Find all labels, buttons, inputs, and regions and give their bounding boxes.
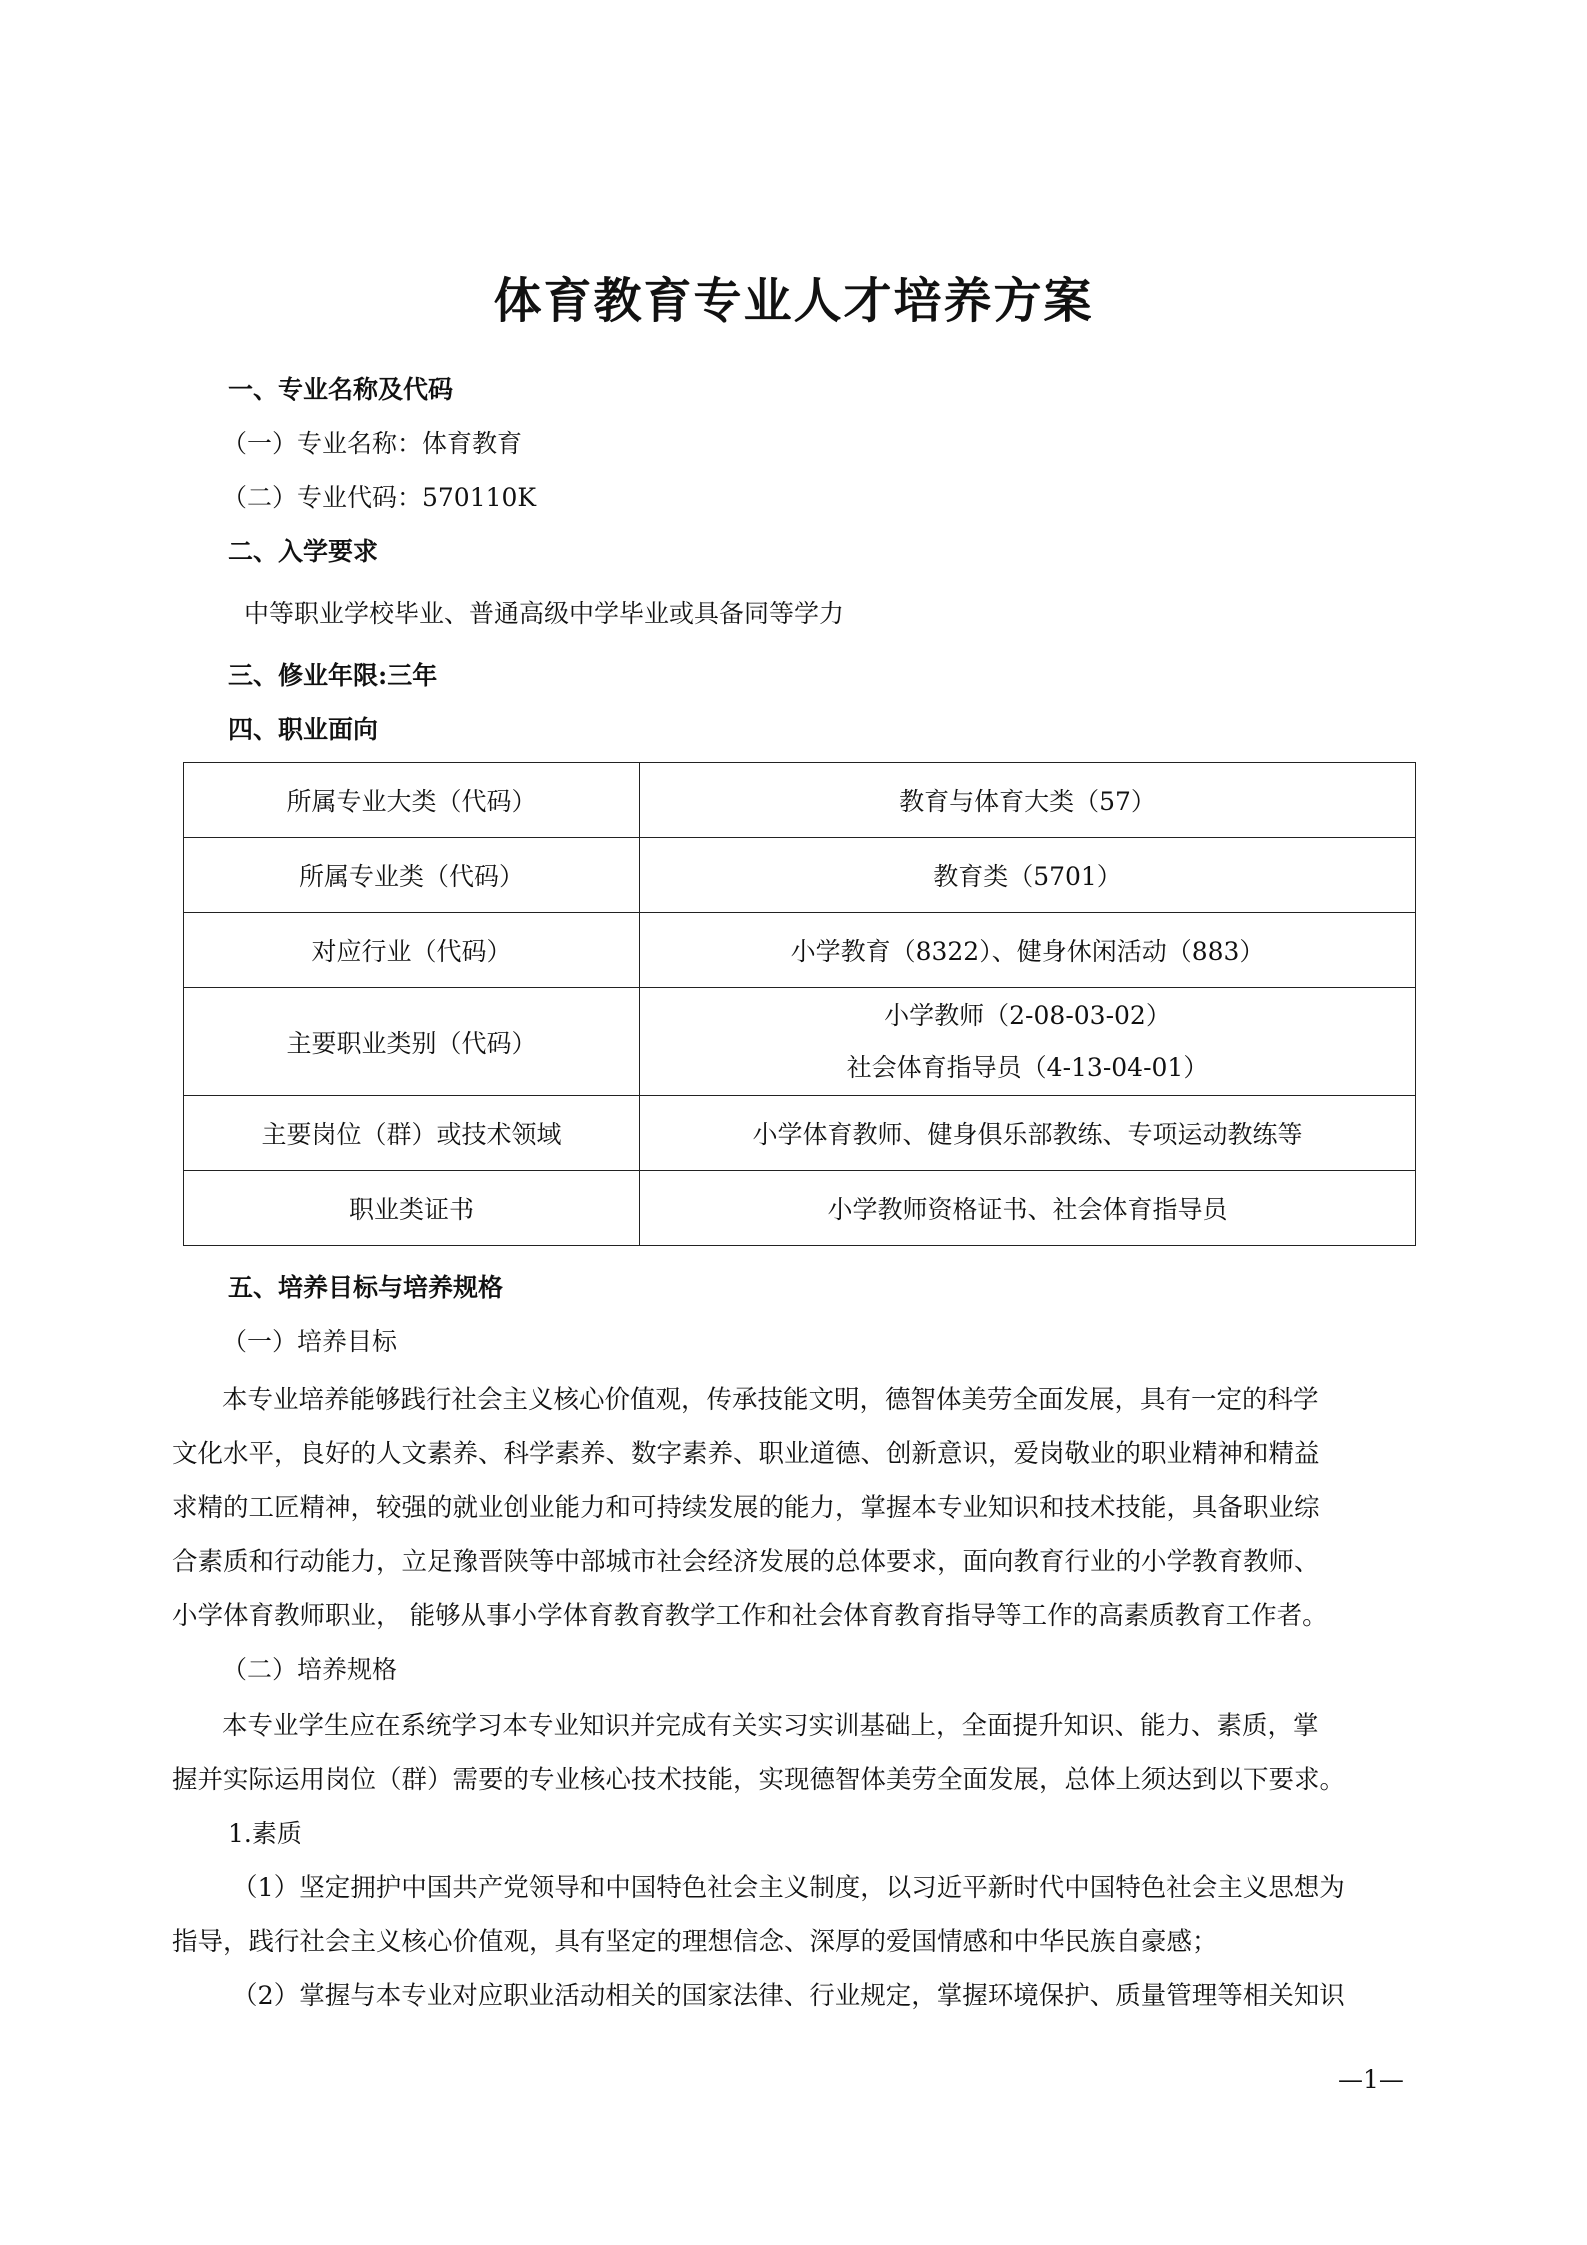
major-code-line: （二）专业代码：570110K [222,478,536,514]
table-row: 主要职业类别（代码） 小学教师（2-08-03-02） 社会体育指导员（4-13… [184,988,1416,1096]
occupation-line: 小学教师（2-08-03-02） [640,990,1415,1042]
paragraph-line: 小学体育教师职业， 能够从事小学体育教育教学工作和社会体育教育指导等工作的高素质… [172,1596,1328,1632]
quality-heading: 1.素质 [228,1814,302,1850]
paragraph-line: 指导，践行社会主义核心价值观，具有坚定的理想信念、深厚的爱国情感和中华民族自豪感… [172,1922,1218,1958]
table-row: 所属专业类（代码） 教育类（5701） [184,838,1416,913]
document-title: 体育教育专业人才培养方案 [0,262,1587,331]
paragraph-line: 求精的工匠精神，较强的就业创业能力和可持续发展的能力，掌握本专业知识和技术技能，… [172,1488,1320,1524]
major-name-line: （一）专业名称：体育教育 [222,424,522,460]
table-row: 对应行业（代码） 小学教育（8322）、健身休闲活动（883） [184,913,1416,988]
table-value-cell: 小学体育教师、健身俱乐部教练、专项运动教练等 [640,1096,1416,1171]
table-row: 所属专业大类（代码） 教育与体育大类（57） [184,763,1416,838]
career-orientation-table: 所属专业大类（代码） 教育与体育大类（57） 所属专业类（代码） 教育类（570… [183,762,1416,1246]
table-value-cell: 小学教师资格证书、社会体育指导员 [640,1171,1416,1246]
section-3-heading: 三、修业年限:三年 [228,656,437,692]
section-2-heading: 二、入学要求 [228,532,378,568]
admission-requirement: 中等职业学校毕业、普通高级中学毕业或具备同等学力 [244,594,844,630]
specification-heading: （二）培养规格 [222,1650,397,1686]
paragraph-line: 本专业学生应在系统学习本专业知识并完成有关实习实训基础上，全面提升知识、能力、素… [222,1706,1319,1742]
section-5-heading: 五、培养目标与培养规格 [228,1268,503,1304]
section-1-heading: 一、专业名称及代码 [228,370,453,406]
table-label-cell: 主要岗位（群）或技术领域 [184,1096,640,1171]
table-label-cell: 职业类证书 [184,1171,640,1246]
table-value-cell: 教育类（5701） [640,838,1416,913]
table-row: 职业类证书 小学教师资格证书、社会体育指导员 [184,1171,1416,1246]
table-label-cell: 主要职业类别（代码） [184,988,640,1096]
table-label-cell: 对应行业（代码） [184,913,640,988]
table-label-cell: 所属专业类（代码） [184,838,640,913]
paragraph-line: 文化水平，良好的人文素养、科学素养、数字素养、职业道德、创新意识，爱岗敬业的职业… [172,1434,1320,1470]
table-value-cell: 小学教育（8322）、健身休闲活动（883） [640,913,1416,988]
paragraph-line: （2）掌握与本专业对应职业活动相关的国家法律、行业规定，掌握环境保护、质量管理等… [232,1976,1345,2012]
table-value-cell: 教育与体育大类（57） [640,763,1416,838]
objective-heading: （一）培养目标 [222,1322,397,1358]
table-label-cell: 所属专业大类（代码） [184,763,640,838]
paragraph-line: 本专业培养能够践行社会主义核心价值观，传承技能文明，德智体美劳全面发展，具有一定… [222,1380,1319,1416]
section-4-heading: 四、职业面向 [228,710,378,746]
page-number: —1— [1338,2065,1404,2094]
paragraph-line: 握并实际运用岗位（群）需要的专业核心技术技能，实现德智体美劳全面发展，总体上须达… [172,1760,1345,1796]
table-value-cell: 小学教师（2-08-03-02） 社会体育指导员（4-13-04-01） [640,988,1416,1096]
table-row: 主要岗位（群）或技术领域 小学体育教师、健身俱乐部教练、专项运动教练等 [184,1096,1416,1171]
paragraph-line: 合素质和行动能力，立足豫晋陕等中部城市社会经济发展的总体要求，面向教育行业的小学… [172,1542,1320,1578]
paragraph-line: （1）坚定拥护中国共产党领导和中国特色社会主义制度，以习近平新时代中国特色社会主… [232,1868,1345,1904]
occupation-line: 社会体育指导员（4-13-04-01） [640,1042,1415,1094]
